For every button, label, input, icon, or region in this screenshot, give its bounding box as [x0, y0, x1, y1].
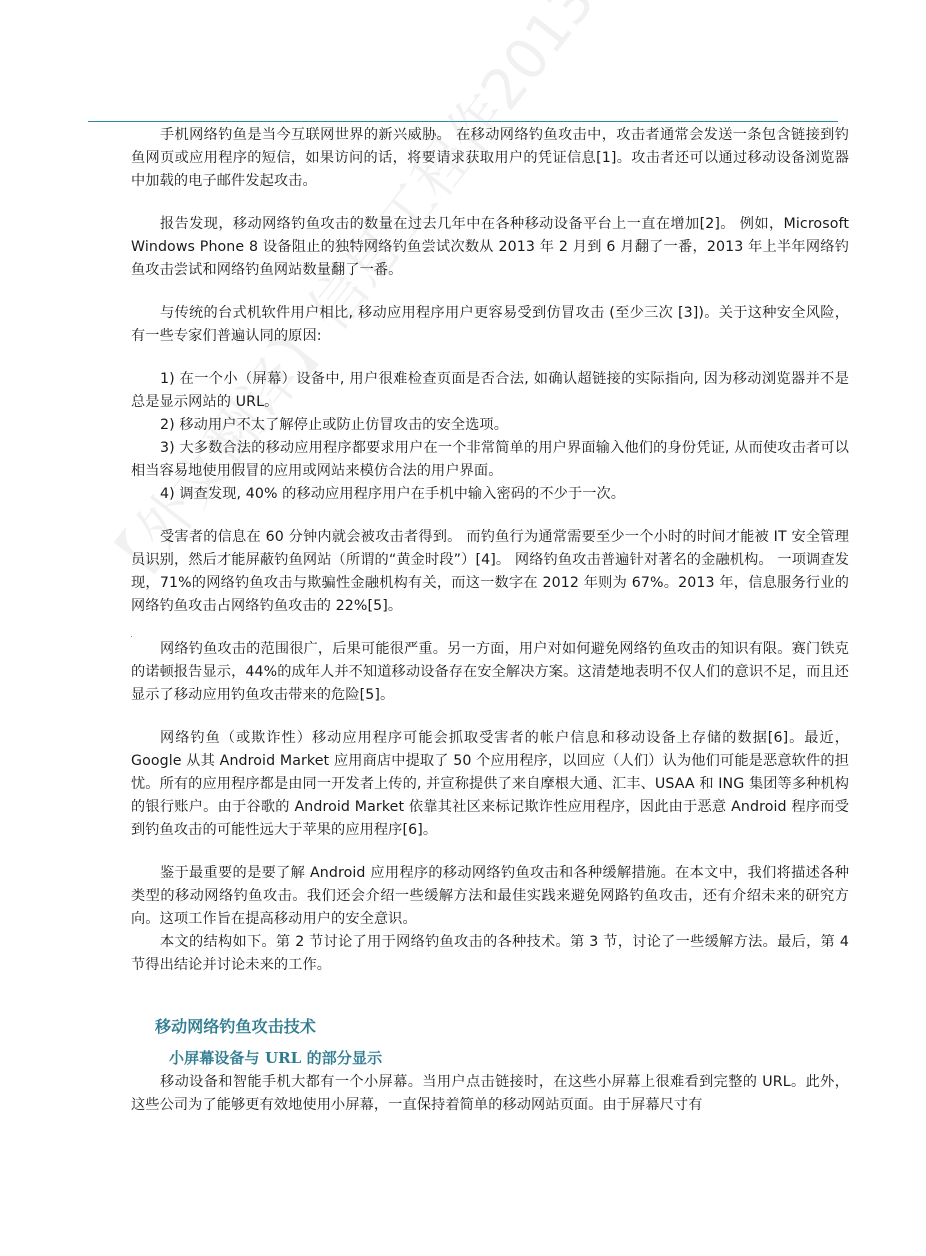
subsection-heading-url: URL [265, 1049, 301, 1067]
reason-item: 4) 调查发现, 40% 的移动应用程序用户在手机中输入密码的不少于一次。 [131, 483, 849, 506]
paragraph-comparison: 与传统的台式机软件用户相比, 移动应用程序用户更容易受到仿冒攻击 (至少三次 [… [131, 302, 849, 348]
paragraph-victim-info: 受害者的信息在 60 分钟内就会被攻击者得到。 而钓鱼行为通常需要至少一个小时的… [131, 526, 849, 618]
reason-item: 2) 移动用户不太了解停止或防止仿冒攻击的安全选项。 [131, 414, 849, 437]
paragraph-fraud-apps: 网络钓鱼（或欺诈性）移动应用程序可能会抓取受害者的帐户信息和移动设备上存储的数据… [131, 727, 849, 842]
reason-item: 1) 在一个小（屏幕）设备中, 用户很难检查页面是否合法, 如确认超链接的实际指… [131, 368, 849, 414]
paragraph-small-screen: 移动设备和智能手机大都有一个小屏幕。当用户点击链接时，在这些小屏幕上很难看到完整… [131, 1071, 849, 1117]
paragraph-report: 报告发现，移动网络钓鱼攻击的数量在过去几年中在各种移动设备平台上一直在增加[2]… [131, 213, 849, 282]
paragraph-structure: 本文的结构如下。第 2 节讨论了用于网络钓鱼攻击的各种技术。第 3 节，讨论了一… [131, 931, 849, 977]
section-heading: 移动网络钓鱼攻击技术 [131, 1015, 849, 1039]
header-rule [88, 121, 838, 122]
document-body: 手机网络钓鱼是当今互联网世界的新兴威胁。 在移动网络钓鱼攻击中，攻击者通常会发送… [131, 124, 849, 1117]
subsection-heading-text-end: 的部分显示 [301, 1049, 382, 1067]
subsection-heading: 小屏幕设备与 URL 的部分显示 [131, 1045, 849, 1071]
paragraph-intro: 手机网络钓鱼是当今互联网世界的新兴威胁。 在移动网络钓鱼攻击中，攻击者通常会发送… [131, 124, 849, 193]
paragraph-scope-of-paper: 鉴于最重要的是要了解 Android 应用程序的移动网络钓鱼攻击和各种缓解措施。… [131, 862, 849, 931]
subsection-heading-text: 小屏幕设备与 [169, 1049, 265, 1067]
paragraph-scope: 网络钓鱼攻击的范围很广，后果可能很严重。另一方面，用户对如何避免网络钓鱼攻击的知… [131, 638, 849, 707]
reason-item: 3) 大多数合法的移动应用程序都要求用户在一个非常简单的用户界面输入他们的身份凭… [131, 437, 849, 483]
